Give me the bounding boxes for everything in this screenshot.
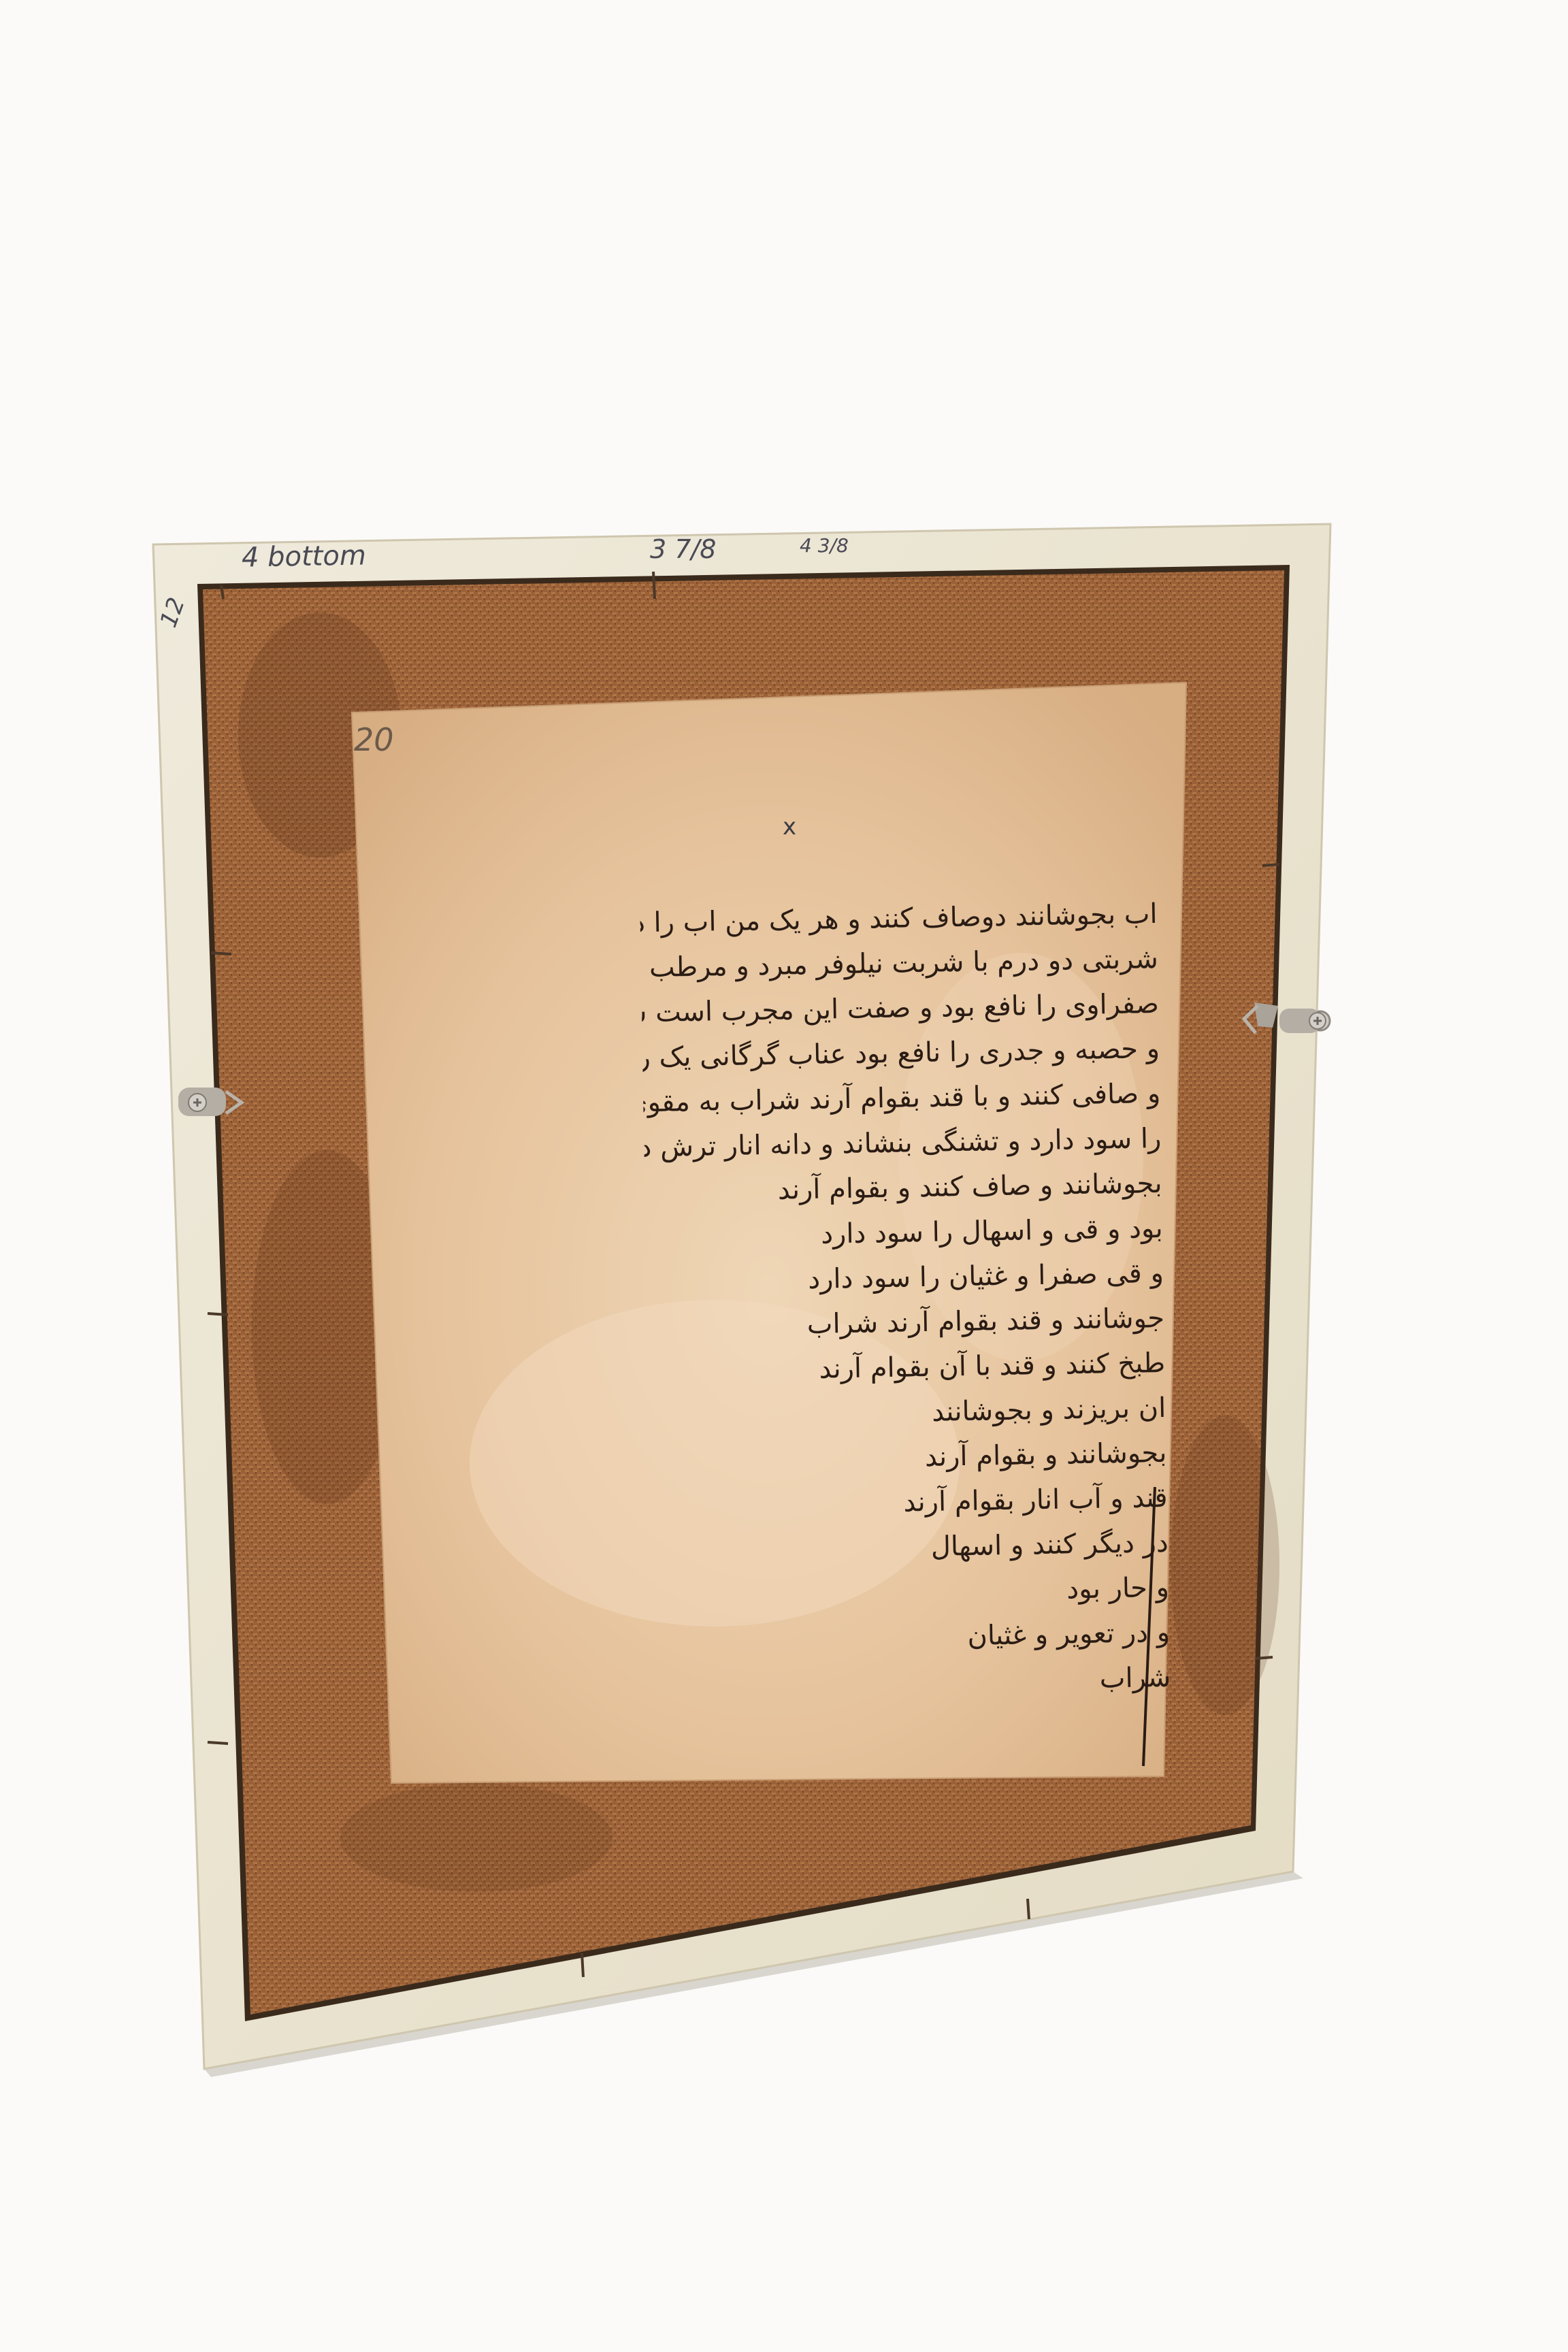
pencil-note-measure: 3 7/8 [650,534,716,564]
text-line: و در تعویر و غثیان [653,1610,1171,1664]
text-line: شراب [653,1655,1171,1709]
board-stain [340,1783,612,1892]
pencil-note-bottom: 4 bottom [242,540,367,573]
pencil-note-measure-2: 4 3/8 [800,534,849,557]
page-number: 20 [354,721,394,758]
board-stain [1171,1416,1279,1715]
photo-scene: 4 bottom 3 7/8 4 3/8 12 20 x اب بجوشانند… [0,0,1568,2352]
center-mark: x [783,813,796,840]
manuscript-text: اب بجوشانند دوصاف کنند و هر یک من اب را … [640,892,1171,1709]
